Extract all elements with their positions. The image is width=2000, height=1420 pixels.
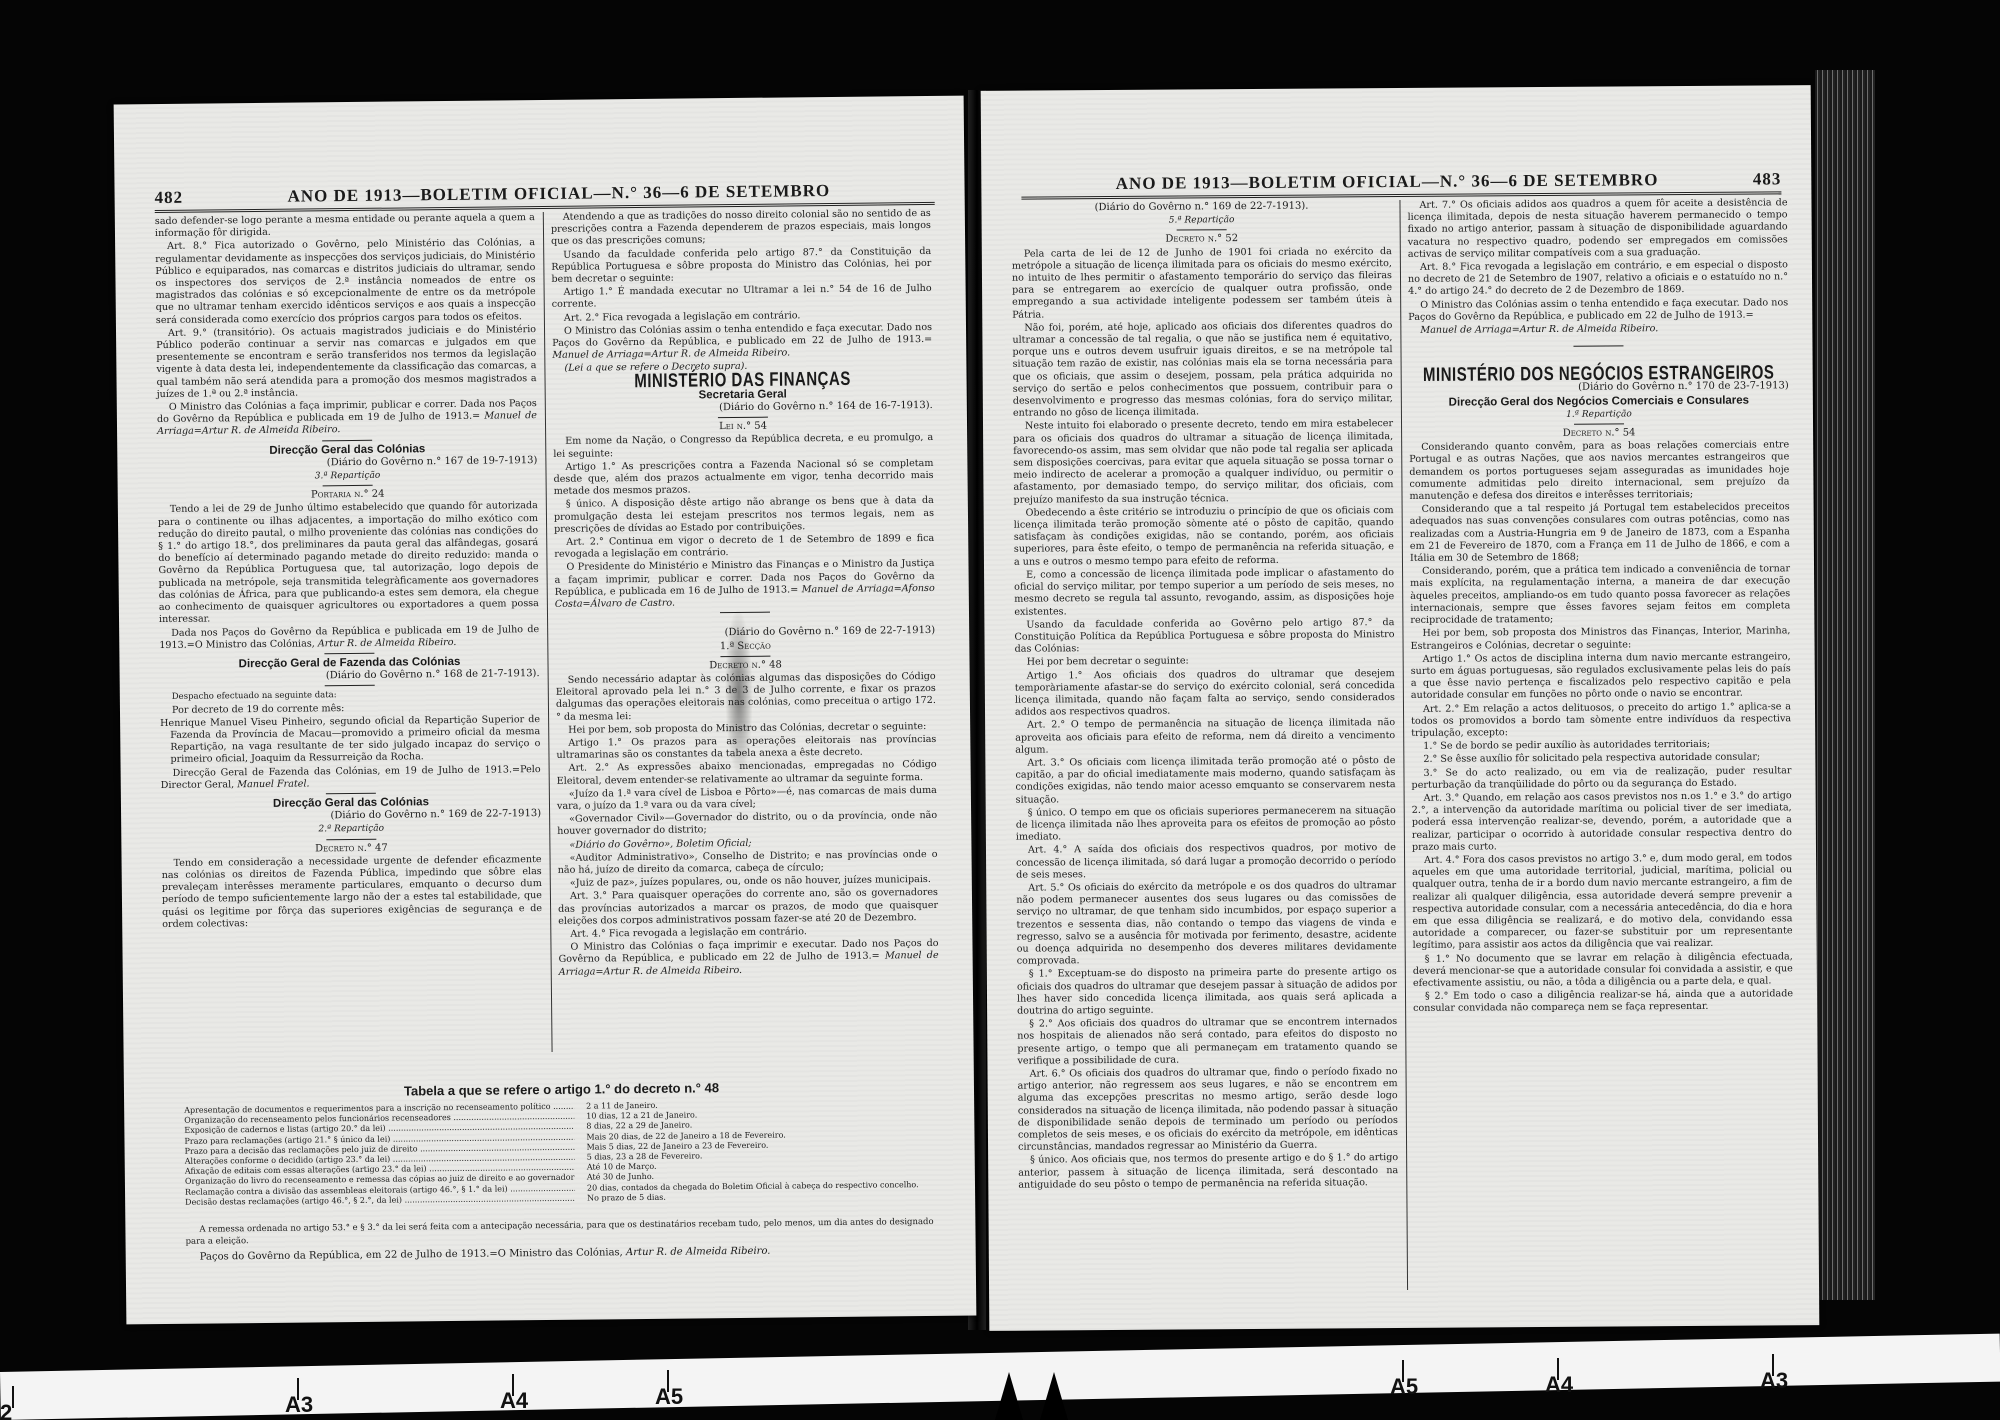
- repartition: 3.ª Repartição: [157, 468, 537, 484]
- paragraph: Paços do Govêrno da República, em 22 de …: [186, 1244, 946, 1264]
- paragraph: E, como a concessão de licença ilimitada…: [1014, 567, 1394, 618]
- paragraph: Não foi, porém, até hoje, aplicado aos o…: [1012, 320, 1393, 420]
- paragraph: Usando da faculdade conferida ao Govêrno…: [1014, 617, 1394, 656]
- paragraph: § único. Aos oficiais que, nos termos do…: [1018, 1152, 1398, 1191]
- running-head-right: ANO DE 1913—BOLETIM OFICIAL—N.° 36—6 DE …: [1021, 165, 1781, 199]
- paragraph: «Governador Civil»—Governador do distrit…: [557, 810, 937, 838]
- right-page: ANO DE 1913—BOLETIM OFICIAL—N.° 36—6 DE …: [981, 85, 1820, 1331]
- film-mark: A4: [500, 1388, 528, 1414]
- paragraph: Art. 2.° O tempo de permanência na situa…: [1015, 717, 1395, 756]
- page-edges: [1815, 70, 1875, 1300]
- separator: [1574, 423, 1624, 424]
- ministry-heading: MINISTÉRIO DOS NEGÓCIOS ESTRANGEIROS: [1409, 366, 1789, 385]
- source-reference: (Diário do Govêrno n.° 168 de 21-7-1913)…: [160, 668, 540, 684]
- paragraph: Em nome da Nação, o Congresso da Repúbli…: [553, 432, 933, 460]
- repartition: 5.ª Repartição: [1012, 213, 1392, 228]
- paragraph: Hei por bem, sob proposta dos Ministros …: [1410, 626, 1790, 653]
- left-column-2: Atendendo a que as tradições do nosso di…: [551, 208, 939, 980]
- separator: [326, 793, 376, 795]
- table-cell-period: No prazo de 5 dias.: [575, 1193, 666, 1204]
- ink-stain: [724, 608, 754, 778]
- paragraph: «Auditor Administrativo», Conselho de Di…: [557, 849, 937, 877]
- paragraph: § 2.° Aos oficiais dos quadros do ultram…: [1017, 1016, 1397, 1067]
- repartition: 1.ª Repartição: [1409, 407, 1789, 422]
- paragraph: Dada nos Paços do Govêrno da República e…: [159, 624, 539, 652]
- paragraph: § único. O tempo em que os oficiais supe…: [1016, 805, 1396, 844]
- alignment-arrow: [1040, 1372, 1068, 1420]
- paragraph: § 1.° No documento que se lavrar em rela…: [1413, 951, 1793, 990]
- separator: [718, 417, 768, 419]
- paragraph: Direcção Geral de Fazenda das Colónias, …: [161, 764, 541, 792]
- separator: [323, 485, 373, 487]
- paragraph: Art. 9.° (transitório). Os actuais magis…: [156, 324, 537, 401]
- paragraph: Art. 2.° Continua em vigor o decreto de …: [554, 533, 934, 561]
- paragraph: Obedecendo a êste critério se introduziu…: [1014, 505, 1394, 569]
- left-page: 482 ANO DE 1913—BOLETIM OFICIAL—N.° 36—6…: [114, 96, 977, 1325]
- paragraph: Pela carta de lei de 12 de Junho de 1901…: [1012, 246, 1393, 322]
- running-head-title: ANO DE 1913—BOLETIM OFICIAL—N.° 36—6 DE …: [1021, 170, 1753, 195]
- separator: [1573, 346, 1623, 347]
- schedule-table: Apresentação de documentos e requeriment…: [184, 1098, 945, 1208]
- paragraph: Artigo 1.° É mandada executar no Ultrama…: [552, 283, 932, 311]
- column-rule: [1399, 200, 1408, 1290]
- paragraph: Art. 4.° A saída dos oficiais dos respec…: [1016, 842, 1396, 881]
- repartition: 2.ª Repartição: [161, 821, 541, 837]
- page-number: 483: [1753, 169, 1782, 189]
- paragraph: § único. A disposição dêste artigo não a…: [554, 495, 934, 536]
- left-column-1: sado defender-se logo perante a mesma en…: [155, 212, 542, 932]
- paragraph: Art. 8.° Fica revogada a legislação em c…: [1408, 259, 1788, 298]
- paragraph: sado defender-se logo perante a mesma en…: [155, 212, 535, 240]
- page-number: 482: [155, 188, 184, 208]
- paragraph: Art. 4.° Fora dos casos previstos no art…: [1412, 852, 1793, 952]
- paragraph: Art. 8.° Fica autorizado o Govêrno, pelo…: [155, 237, 536, 326]
- paragraph: Tendo em consideração a necessidade urge…: [162, 854, 543, 931]
- paragraph: Henrique Manuel Viseu Pinheiro, segundo …: [160, 714, 540, 767]
- running-head-title: ANO DE 1913—BOLETIM OFICIAL—N.° 36—6 DE …: [183, 180, 935, 208]
- paragraph: Art. 2.° Em relação a actos delituosos, …: [1411, 701, 1791, 740]
- paragraph: § 1.° Exceptuam-se do disposto na primei…: [1017, 966, 1397, 1017]
- paragraph: O Presidente do Ministério e Ministro da…: [554, 558, 934, 611]
- separator: [322, 439, 372, 441]
- paragraph: Art. 7.° Os oficiais adidos aos quadros …: [1407, 197, 1787, 261]
- paragraph: Art. 5.° Os oficiais do exército da metr…: [1016, 880, 1397, 968]
- film-mark: A5: [1390, 1374, 1418, 1400]
- right-column-1: (Diário do Govêrno n.° 169 de 22-7-1913)…: [1011, 200, 1398, 1193]
- paragraph: O Ministro das Colónias assim o tenha en…: [552, 322, 932, 363]
- running-head-left: 482 ANO DE 1913—BOLETIM OFICIAL—N.° 36—6…: [154, 176, 934, 213]
- table-cell-period: 5 dias, 23 a 28 de Fevereiro.: [575, 1151, 703, 1163]
- paragraph: O Ministro das Colónias o faça imprimir …: [558, 938, 938, 979]
- paragraph: 3.° Se do acto realizado, ou em via de r…: [1411, 765, 1791, 792]
- paragraph: Artigo 1.° Os actos de disciplina intern…: [1411, 651, 1791, 702]
- film-mark: A3: [1760, 1368, 1788, 1394]
- decree-body: Pela carta de lei de 12 de Junho de 1901…: [1012, 246, 1399, 1192]
- decree-body: Art. 7.° Os oficiais adidos aos quadros …: [1407, 197, 1788, 324]
- separator: [326, 838, 376, 840]
- paragraph: Art. 3.° Para quaisquer operações do cor…: [558, 887, 938, 928]
- paragraph: Art. 6.° Os oficiais dos quadros do ultr…: [1018, 1066, 1399, 1154]
- paragraph: Considerando, porém, que a prática tem i…: [1410, 564, 1790, 628]
- film-mark: A4: [1545, 1372, 1573, 1398]
- source-reference: (Diário do Govêrno n.° 164 de 16-7-1913)…: [553, 400, 933, 416]
- table-title: Tabela a que se refere o artigo 1.° do d…: [404, 1080, 719, 1098]
- film-mark: 2: [0, 1400, 12, 1420]
- right-column-2: Art. 7.° Os oficiais adidos aos quadros …: [1407, 197, 1793, 1016]
- paragraph: «Juízo da 1.ª vara cível de Lisboa e Pôr…: [557, 785, 937, 813]
- paragraph: Art. 3.° Quando, em relação aos casos pr…: [1412, 790, 1792, 854]
- paragraph: § 2.° Em todo o caso a diligência realiz…: [1413, 988, 1793, 1015]
- paragraph: Artigo 1.° As prescrições contra a Fazen…: [553, 458, 933, 499]
- paragraph: O Ministro das Colónias assim o tenha en…: [1408, 297, 1788, 324]
- separator: [324, 653, 374, 655]
- alignment-arrow: [995, 1372, 1023, 1420]
- separator: [325, 685, 375, 687]
- paragraph: Tendo a lei de 29 de Junho último estabe…: [158, 501, 539, 627]
- signature: Manuel de Arriaga=Artur R. de Almeida Ri…: [1408, 322, 1788, 337]
- paragraph: Art. 3.° Os oficiais com licença ilimita…: [1015, 755, 1395, 806]
- table-notes: A remessa ordenada no artigo 53.° e § 3.…: [185, 1216, 945, 1268]
- separator: [1177, 230, 1227, 231]
- film-mark: A5: [655, 1384, 683, 1410]
- paragraph: O Ministro das Colónias a faça imprimir,…: [157, 398, 537, 439]
- paragraph: Usando da faculdade conferida pelo artig…: [551, 246, 931, 287]
- decree-body: Considerando quanto convêm, para as boas…: [1409, 440, 1793, 1016]
- paragraph: A remessa ordenada no artigo 53.° e § 3.…: [185, 1216, 945, 1248]
- paragraph: Considerando que a tal respeito já Portu…: [1410, 502, 1790, 566]
- film-mark: A3: [285, 1392, 313, 1418]
- paragraph: Atendendo a que as tradições do nosso di…: [551, 208, 931, 249]
- paragraph: Considerando quanto convêm, para as boas…: [1409, 440, 1789, 504]
- paragraph: Neste intuito foi elaborado o presente d…: [1013, 418, 1394, 506]
- paragraph: Artigo 1.° Aos oficiais dos quadros do u…: [1015, 668, 1395, 719]
